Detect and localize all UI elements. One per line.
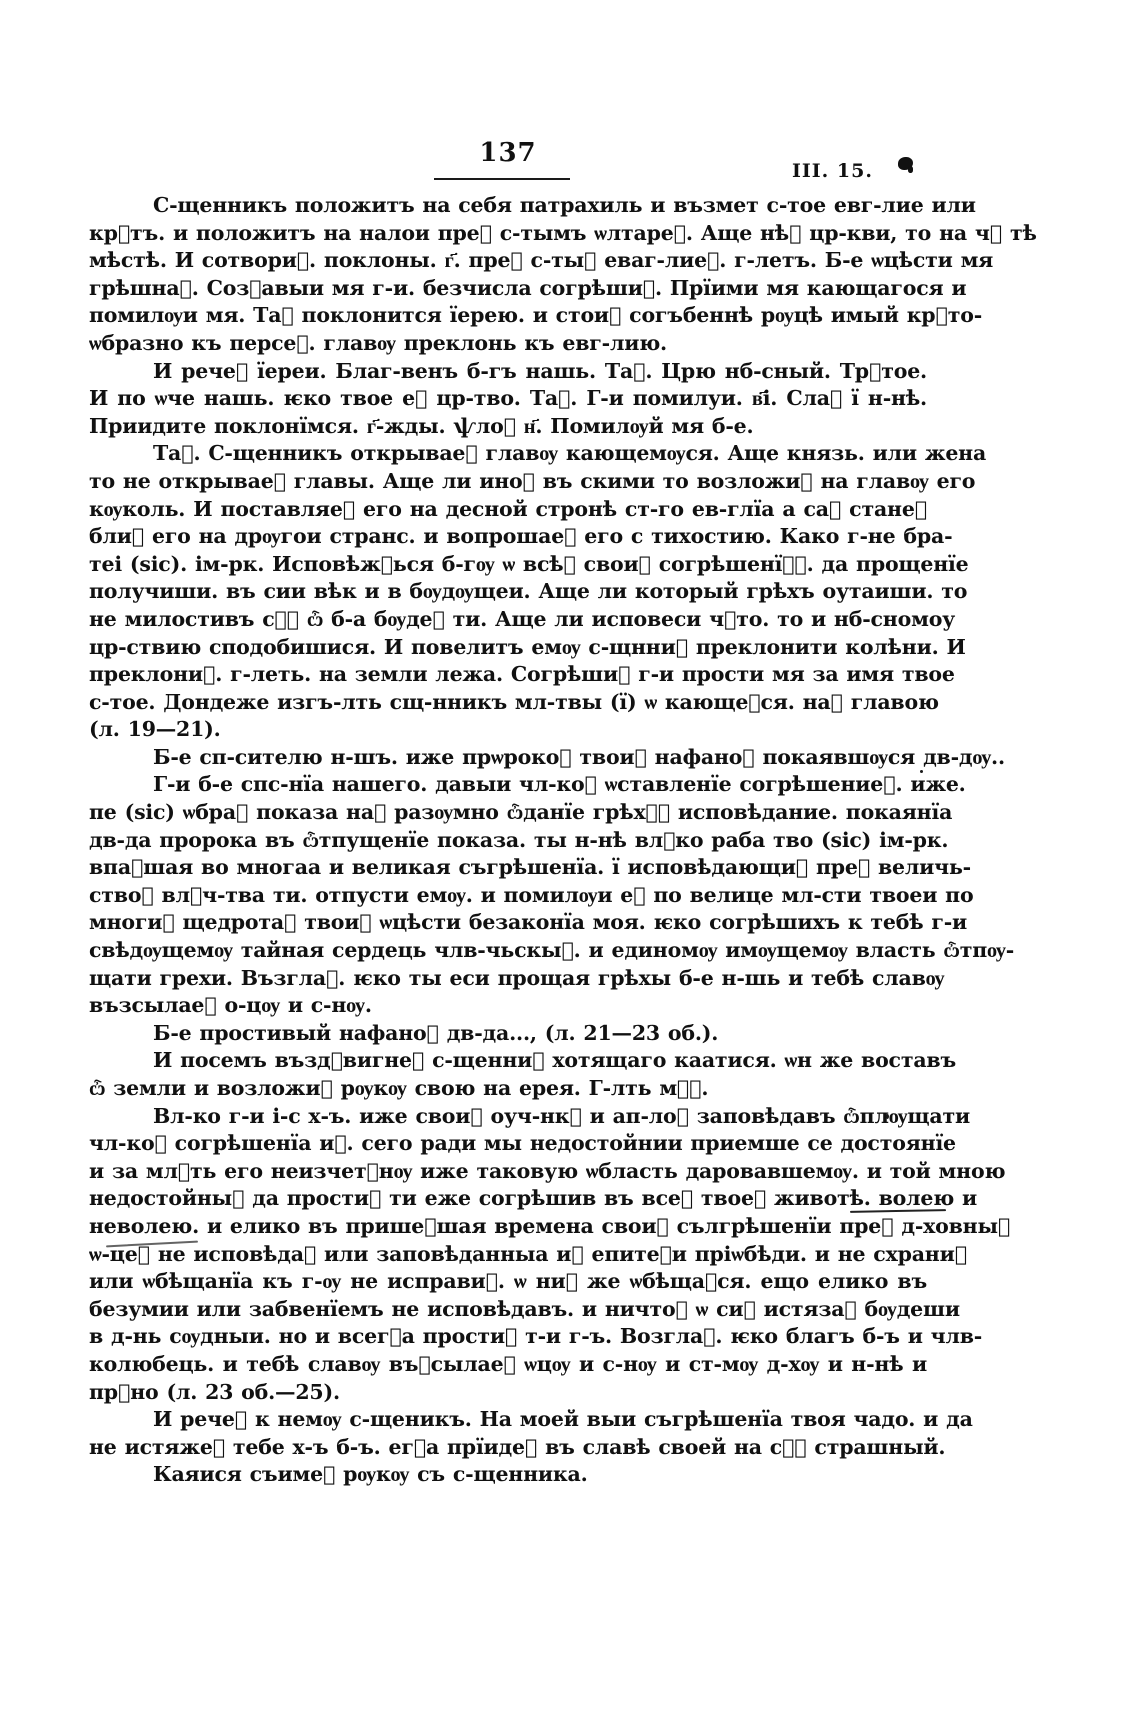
text-line: колюбець. и тебѣ славѹ въⷭсылаеⷨ ѡцѹ и с… — [89, 1351, 927, 1379]
page-number-underline — [434, 178, 570, 180]
text-line: Вл-ко г-и і-с х-ъ. иже своиⷨ оуч-нкⷨ и а… — [89, 1103, 927, 1131]
text-line: цр-ствию сподобишися. И повелитъ емѹ с-щ… — [89, 634, 927, 662]
body-text: С-щенникъ положитъ на себя патрахиль и в… — [89, 192, 927, 1489]
text-line: Каяися съимеⷮ рѹкѹ съ с-щенника. — [89, 1461, 927, 1489]
text-line: свѣдѹщемѹ тайная сердець члв-чьскыⷯ. и е… — [89, 937, 927, 965]
text-line: чл-коⷨ согрѣшенїа иⷯ. сего ради мы недос… — [89, 1130, 927, 1158]
text-line: И по ѡче нашь. ѥко твое еⷭ цр-тво. Таⷨ. … — [89, 385, 927, 413]
text-line: И посемъ въздⷣвигнеⷮ с-щенниⷦ хотящаго к… — [89, 1047, 927, 1075]
text-line: грѣшнаⷢ. Созⷩавыи мя г-и. безчисла согрѣ… — [89, 275, 927, 303]
text-line: Таⷨ. С-щенникъ открываеⷮ главѹ кающемѹся… — [89, 440, 927, 468]
text-line: безумии или забвенїемъ не исповѣдавъ. и … — [89, 1296, 927, 1324]
text-line: Г-и б-е спс-нїа нашего. давыи чл-коⷨ ѡст… — [89, 771, 927, 799]
text-line: дв-да пророка въ ѽтпущенїе показа. ты н-… — [89, 827, 927, 855]
text-line: с-тое. Дондеже изгъ-лть сщ-нникъ мл-твы … — [89, 689, 927, 717]
text-line: Б-е простивый нафаноⷨ дв-да..., (л. 21—2… — [89, 1020, 927, 1048]
section-reference: III. 15. — [792, 160, 873, 182]
stray-dot — [886, 1114, 889, 1119]
text-line: С-щенникъ положитъ на себя патрахиль и в… — [89, 192, 927, 220]
ink-blot-mark — [898, 157, 913, 170]
text-line: или ѡбѣщанїа къ г-ѹ не исправиⷡ. ѡ ниⷯ ж… — [89, 1268, 927, 1296]
text-line: помилѹи мя. Таⷨ поклонится їерею. и стои… — [89, 302, 927, 330]
text-line: щати грехи. Възглаⷭ. ѥко ты еси прощая г… — [89, 965, 927, 993]
text-line: недостойныⷨ да простиⷮ ти еже согрѣшив в… — [89, 1185, 927, 1213]
text-line: получиши. въ сии вѣк и в бѹдѹщеи. Аще ли… — [89, 578, 927, 606]
text-line: мѣстѣ. И сотвориⷮ. поклоны. г҃. преⷣ с-т… — [89, 247, 927, 275]
text-line: преклониⷮ. г-леть. на земли лежа. Согрѣш… — [89, 661, 927, 689]
text-line: ѡбразно къ персеⷨ. главѹ преклонь къ евг… — [89, 330, 927, 358]
stray-dot — [920, 770, 923, 773]
text-line: прⷭно (л. 23 об.—25). — [89, 1379, 927, 1407]
text-line: неволею. и елико въ пришеⷣшая времена св… — [89, 1213, 927, 1241]
text-line: впаⷣшая во многаа и великая съгрѣшенїа. … — [89, 854, 927, 882]
text-line: многиⷨ щедротаⷨ твоиⷨ ѡцѣсти безаконїа м… — [89, 909, 927, 937]
text-line: ствоⷨ влⷧч-тва ти. отпусти емѹ. и помилѹ… — [89, 882, 927, 910]
text-line: не истяжеⷮ тебе х-ъ б-ъ. егⷣа прїидеⷮ въ… — [89, 1434, 927, 1462]
text-line: Б-е сп-сителю н-шъ. иже прѡрокоⷨ твоиⷨ н… — [89, 744, 927, 772]
text-line: Приидите поклонїмся. г҃-жды. ѱлоⷨ н҃. По… — [89, 413, 927, 441]
text-line: в д-нь сѹдныи. но и всегⷣа простиⷮ т-и г… — [89, 1323, 927, 1351]
text-line: теі (sic). ім-рк. Исповѣжⷣься б-гѹ ѡ всѣ… — [89, 551, 927, 579]
text-line: ѡ-цеⷨ не исповѣдаⷡ или заповѣданныа иⷨ е… — [89, 1241, 927, 1269]
text-line: (л. 19—21). — [89, 716, 927, 744]
text-line: блиⷥ его на дрѹгои странс. и вопрошаеⷮ е… — [89, 523, 927, 551]
text-line: И речеⷮ їереи. Благ-венъ б-гъ нашь. Таⷨ.… — [89, 358, 927, 386]
text-line: пе (sic) ѡбраⷥ показа наⷨ разѹмно ѽданїе… — [89, 799, 927, 827]
text-line: не милостивъ сѹⷣ ѽ б-а бѹдеⷮ ти. Аще ли … — [89, 606, 927, 634]
text-line: ѽ земли и возложиⷮ рѹкѹ свою на ерея. Г-… — [89, 1075, 927, 1103]
text-line: И речеⷮ к немѹ с-щеникъ. На моей выи съг… — [89, 1406, 927, 1434]
page-number: 137 — [433, 138, 583, 168]
text-line: то не открываеⷮ главы. Аще ли иноⷨ въ ск… — [89, 468, 927, 496]
text-line: възсылаеⷨ о-цѹ и с-нѹ. — [89, 992, 927, 1020]
text-line: крᷭтъ. и положитъ на налои преⷣ с-тымъ ѡ… — [89, 220, 927, 248]
text-line: и за млⷭть его неизчетⷨнѹ иже таковую ѡб… — [89, 1158, 927, 1186]
scanned-book-page: 137 III. 15. С-щенникъ положитъ на себя … — [0, 0, 1140, 1717]
text-line: кѹколь. И поставляеⷮ его на десной строн… — [89, 496, 927, 524]
